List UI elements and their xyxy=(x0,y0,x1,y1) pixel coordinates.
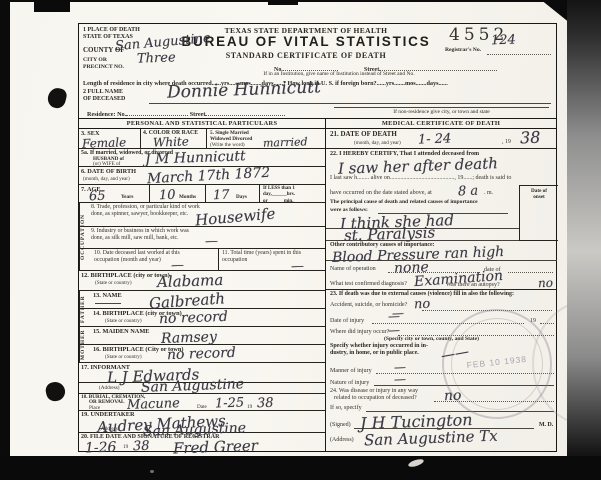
accident-value: no xyxy=(414,297,431,313)
father-birthplace-value: no record xyxy=(159,309,228,327)
birthplace-value: Alabama xyxy=(157,271,224,291)
registrar-signature: Fred Greer xyxy=(173,437,258,458)
burial-year-value: 38 xyxy=(257,396,274,412)
file-date-value: 1-26 xyxy=(85,439,117,456)
registrar-no-line xyxy=(487,54,551,55)
occupation-side-label: OCCUPATION xyxy=(79,203,90,271)
scanned-death-certificate: 1 PLACE OF DEATH STATE OF TEXAS TEXAS ST… xyxy=(0,0,601,480)
mother-side-label: MOTHER xyxy=(79,327,90,363)
scan-dust-small xyxy=(150,470,154,473)
scan-artifact-top-middle xyxy=(268,0,298,5)
field-date-of-death: 21. DATE OF DEATH (month, day, and year)… xyxy=(326,129,556,149)
field-last-worked: 10. Date deceased last worked at this oc… xyxy=(91,249,219,270)
registrar-no-label: Registrar's No. xyxy=(445,47,481,53)
form-header: 1 PLACE OF DEATH STATE OF TEXAS TEXAS ST… xyxy=(79,24,556,118)
dob-value: March 17th 1872 xyxy=(147,165,271,187)
field-age: 7. AGE 65 Years 10 Months 17 Days If LES… xyxy=(79,185,325,203)
institution-note: If in an Institution, give name of Insti… xyxy=(194,71,484,77)
field-trade: 8. Trade, profession, or particular kind… xyxy=(79,203,325,227)
age-years-value: 65 xyxy=(89,189,106,205)
mother-name-value: Ramsey xyxy=(161,329,217,347)
field-mother-birthplace: 16. BIRTHPLACE (City or town) (State or … xyxy=(79,345,325,363)
certificate-title: STANDARD CERTIFICATE OF DEATH xyxy=(171,51,441,60)
section-titles: PERSONAL AND STATISTICAL PARTICULARS MED… xyxy=(79,118,556,129)
dod-value: 1- 24 xyxy=(418,131,452,147)
autopsy-value: no xyxy=(538,276,553,291)
certificate-form: 1 PLACE OF DEATH STATE OF TEXAS TEXAS ST… xyxy=(78,23,557,452)
field-accident: Accident, suicide, or homicide? no — xyxy=(326,299,556,313)
residence-label: Residence: No. Street xyxy=(87,108,285,118)
personal-particulars-column: 3. SEX Female 4. COLOR OR RACE White 5. … xyxy=(79,129,326,451)
punch-hole-top xyxy=(46,86,68,110)
field-test-autopsy: What test confirmed diagnosis? Examinati… xyxy=(326,275,556,289)
cause-of-death-line2: st. Paralysis xyxy=(326,229,519,241)
full-name-line xyxy=(149,103,551,104)
last-worked-value: — xyxy=(171,258,185,273)
industry-value: — xyxy=(205,234,219,249)
residence-note: If non-residence give city, or town and … xyxy=(334,107,549,115)
physician-address-value: San Augustine Tx xyxy=(364,427,498,450)
field-undertaker: 19. UNDERTAKER Audrey Mathews (Address) … xyxy=(79,411,325,433)
field-sex: 3. SEX Female xyxy=(79,129,141,148)
field-total-time: 11. Total time (years) spent in this occ… xyxy=(219,249,325,270)
trade-value: Housewife xyxy=(194,205,276,230)
right-section-title: MEDICAL CERTIFICATE OF DEATH xyxy=(326,119,556,128)
date-of-onset-box: Date of onset xyxy=(519,185,558,241)
sex-value: Female xyxy=(82,135,127,151)
field-certify: 22. I HEREBY CERTIFY, That I attended de… xyxy=(326,149,556,173)
time-of-death-value: 8 a xyxy=(458,184,479,200)
mother-birthplace-value: no record xyxy=(167,345,236,363)
father-side-label: FATHER xyxy=(79,291,90,327)
medical-certificate-column: 21. DATE OF DEATH (month, day, and year)… xyxy=(326,129,556,451)
burial-date-value: 1-25 xyxy=(215,395,245,411)
city-precinct-label: CITY OR PRECINCT NO. xyxy=(83,57,124,70)
full-name-value: Donnie Hunnicutt xyxy=(167,77,322,102)
field-industry: 9. Industry or business in which work wa… xyxy=(79,227,325,249)
registrar-no-value: 124 xyxy=(491,33,516,49)
full-name-label: 2 FULL NAME OF DECEASED xyxy=(83,89,125,103)
field-marital: 5. Single Married Widowed Divorced (Writ… xyxy=(207,129,325,148)
file-year-value: 38 xyxy=(133,439,150,455)
scan-edge-bottom xyxy=(0,456,601,480)
field-physician-address: (Address) San Augustine Tx xyxy=(326,431,556,447)
field-race: 4. COLOR OR RACE White xyxy=(141,129,207,148)
age-less-note: If LESS than 1 day,______hrs. or ______m… xyxy=(263,186,295,205)
scan-edge-right xyxy=(567,0,601,458)
left-section-title: PERSONAL AND STATISTICAL PARTICULARS xyxy=(79,119,326,128)
scan-artifact-top-left xyxy=(34,0,70,12)
age-months-value: 10 xyxy=(159,188,176,204)
certificate-paper: 1 PLACE OF DEATH STATE OF TEXAS TEXAS ST… xyxy=(10,2,567,457)
field-mother-maiden-name: 15. MAIDEN NAME Ramsey xyxy=(79,327,325,345)
age-days-value: 17 xyxy=(213,188,230,204)
spouse-value: J M Hunnicutt xyxy=(145,148,246,168)
row-sex-race-marital: 3. SEX Female 4. COLOR OR RACE White 5. … xyxy=(79,129,325,149)
field-birthplace: 12. BIRTHPLACE (city or town) (State or … xyxy=(79,271,325,291)
total-time-value: — xyxy=(291,259,305,274)
punch-hole-bottom xyxy=(44,380,67,403)
field-burial: 18. BURIAL, CREMATION, OR REMOVAL Place … xyxy=(79,393,325,411)
burial-place-value: Macune xyxy=(127,396,180,413)
field-spouse: 5a. If married, widowed, or divorced HUS… xyxy=(79,149,325,167)
marital-value: married xyxy=(263,135,308,150)
external-causes-label: 23. If death was due to external causes … xyxy=(326,289,556,299)
city-precinct-value: Three xyxy=(137,50,176,66)
field-father-name: 13. NAME Galbreath xyxy=(79,291,325,309)
dod-year-value: 38 xyxy=(520,128,541,148)
row-occupation-dates: 10. Date deceased last worked at this oc… xyxy=(79,249,325,271)
field-father-birthplace: 14. BIRTHPLACE (city or town) (State or … xyxy=(79,309,325,327)
race-value: White xyxy=(153,134,189,149)
field-date-of-birth: 6. DATE OF BIRTH (month, day, and year) … xyxy=(79,167,325,185)
occupation-related-value: no xyxy=(444,388,462,405)
